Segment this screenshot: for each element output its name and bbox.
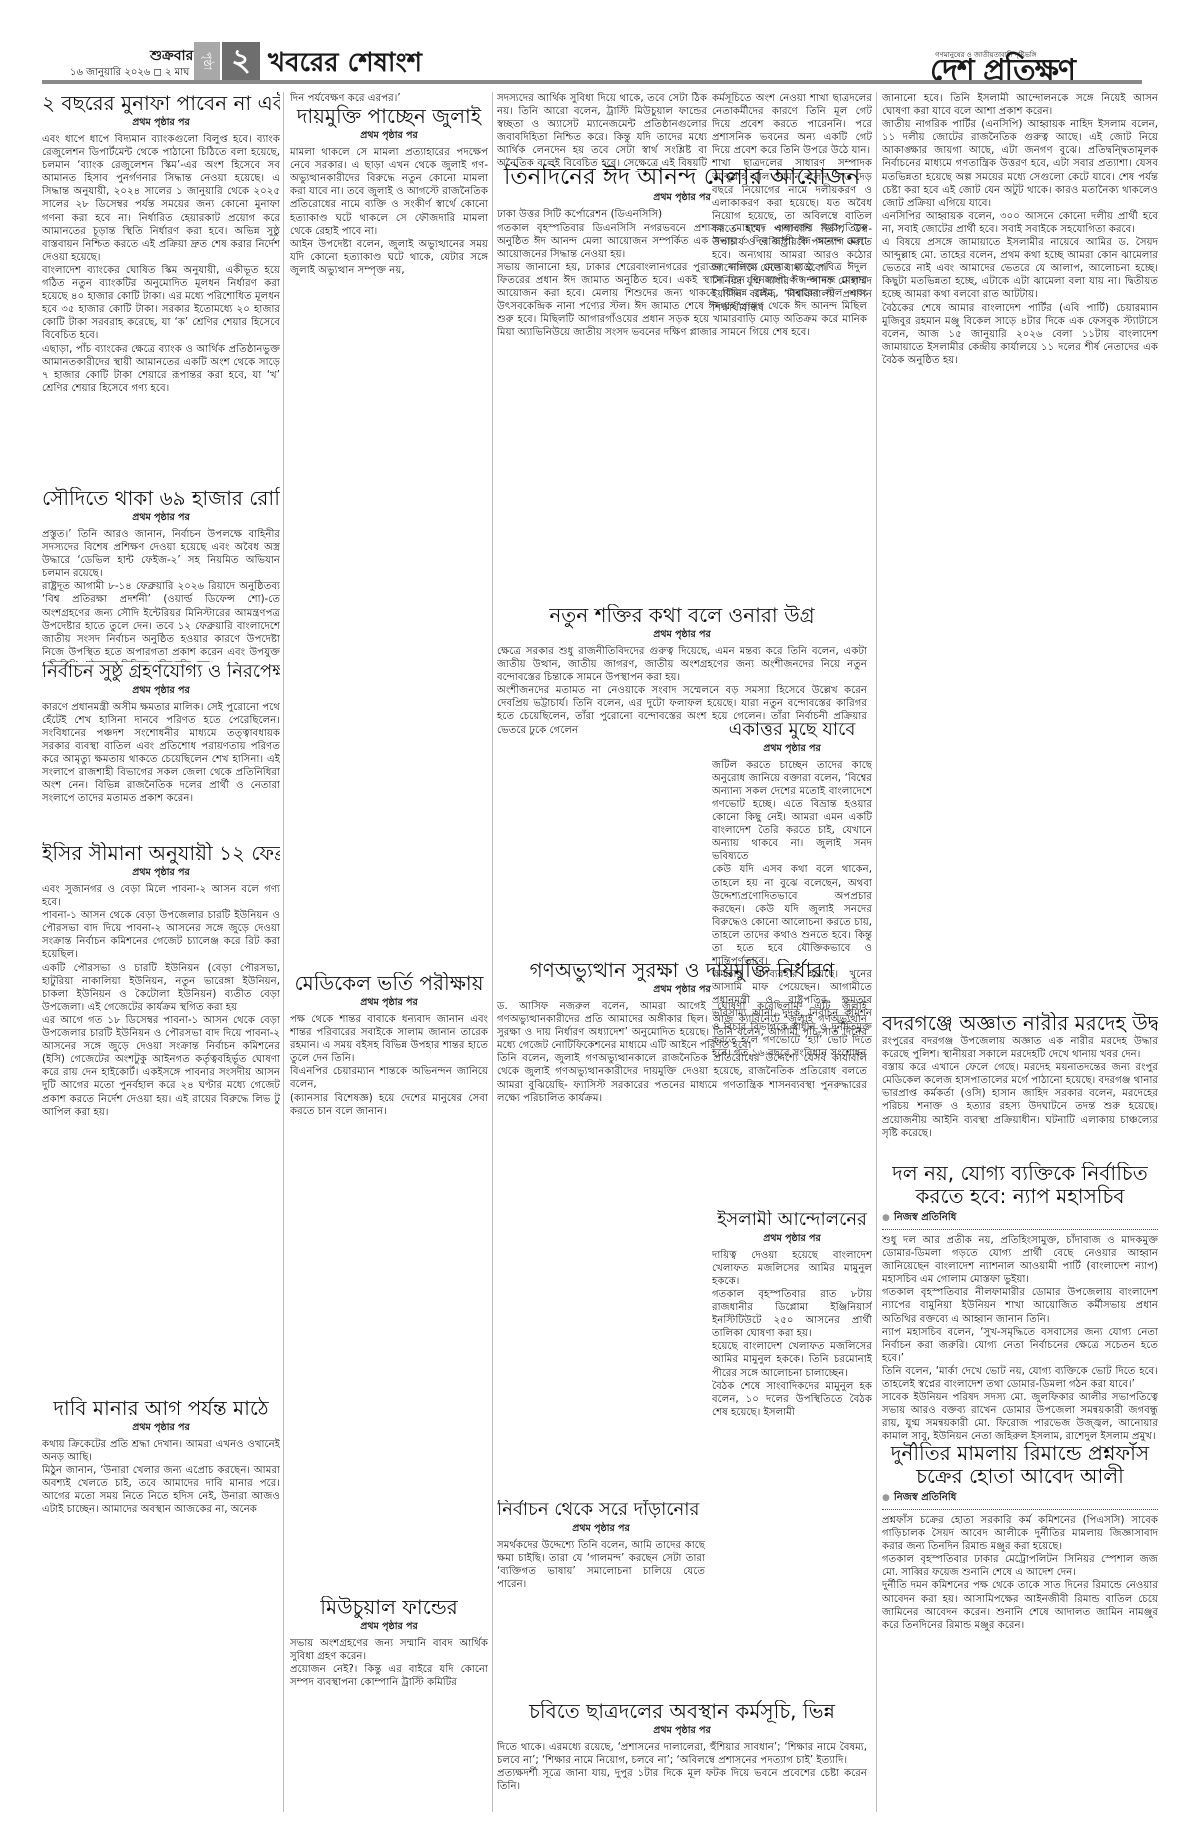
headline: নির্বাচন সুষ্ঠু গ্রহণযোগ্য ও নিরপেক্ষ হও… [42,662,280,683]
headline: মেডিকেল ভর্তি পরীক্ষায় [290,972,488,995]
paragraph: গতকাল বৃহস্পতিবার নীলফামারীর ডোমার উপজেল… [882,1286,1158,1325]
continued-label: প্রথম পৃষ্ঠার পর [712,742,872,757]
paragraph: রংপুরের বদরগঞ্জ উপজেলায় অজ্ঞাত এক নারীর… [882,1035,1158,1061]
paragraph: কেউ যদি এসব কথা বলে থাকেন, তাহলে হয় না … [712,863,872,968]
paragraph: রাষ্ট্রদূত আগামী ৮-১৪ ফেব্রুয়ারি ২০২৬ র… [42,580,280,662]
headline: নতুন শক্তির কথা বলে ওনারা উগ্র [497,604,867,627]
paragraph: একটি পৌরসভা ও চারটি ইউনিয়ন (বেড়া পৌরসভ… [42,962,280,1014]
continued-label: প্রথম পৃষ্ঠার পর [42,1421,280,1436]
headline: সৌদিতে থাকা ৬৯ হাজার রোহিঙ্গাকে [42,487,280,510]
paragraph: গতকাল বৃহস্পতিবার ঢাকার মেট্রোপলিটন সিনি… [882,1553,1158,1579]
headline: দাবি মানার আগ পর্যন্ত মাঠে [42,1397,280,1420]
article-alliance: জানানো হবে। তিনি ইসলামী আন্দোলনকে সঙ্গে … [882,92,1158,1012]
headline: মিউচুয়াল ফান্ডের [290,1596,488,1619]
headline: দল নয়, যোগ্য ব্যক্তিকে নির্বাচিত করতে হ… [882,1162,1158,1208]
paragraph: জটিল করতে চাচ্ছেন তাদের কাছে অনুরোধ জানি… [712,759,872,864]
paragraph: পক্ষ থেকে শান্তর বাবাকে ধন্যবাদ জানান এব… [290,1013,488,1065]
headline: দুর্নীতির মামলায় রিমান্ডে প্রশ্নফাঁস চক… [882,1442,1158,1488]
paragraph: প্রয়োজন নেই?। কিন্তু এর বাইরে যদি কোনো … [290,1663,488,1689]
page-label-tab: পৃষ্ঠা [194,42,220,80]
paragraph: জানানো হবে। তিনি ইসলামী আন্দোলনকে সঙ্গে … [882,92,1158,118]
article-nap: দল নয়, যোগ্য ব্যক্তিকে নির্বাচিত করতে হ… [882,1162,1158,1442]
column-divider [876,92,877,1812]
headline: নির্বাচন থেকে সরে দাঁড়ানোর কারণ [497,1500,705,1521]
column-divider [492,92,493,1812]
divider [882,1229,1158,1230]
paragraph: সমর্থকদের উদ্দেশ্যে তিনি বলেন, আমি তাদের… [497,1539,705,1591]
paragraph: কর্মসূচিতে অংশ নেওয়া শাখা ছাত্রদলের নেত… [712,92,872,157]
continued-label: প্রথম পৃষ্ঠার পর [42,511,280,526]
article-eid-fair-lead: সদস্যদের আর্থিক সুবিধা দিয়ে থাকে, তবে স… [497,92,707,172]
paragraph: প্রশ্নফাঁস চক্রের হোতা সরকারি কর্ম কমিশন… [882,1514,1158,1553]
paragraph: সিনিয়র যুগ্ম সাধারণ সম্পাদক মোহাম্মদ ইয… [712,275,872,314]
continued-label: প্রথম পৃষ্ঠার পর [497,1522,705,1537]
article-ec-boundary: ইসির সীমানা অনুযায়ী ১২ ফেব্রুয়ারিই প্র… [42,842,280,1397]
article-campus-protest: কর্মসূচিতে অংশ নেওয়া শাখা ছাত্রদলের নেত… [712,92,872,492]
paragraph: এছাড়া, পাঁচ ব্যাংকের ক্ষেত্রে ব্যাংক ও … [42,343,280,395]
continued-label: প্রথম পৃষ্ঠার পর [42,116,280,131]
continued-label: প্রথম পৃষ্ঠার পর [42,866,280,881]
masthead: শুক্রবার ১৬ জানুয়ারি ২০২৬ ◻ ২ মাঘ ১৪৩২ … [0,0,1200,80]
paragraph: শুধু দল আর প্রতীক নয়, প্রতিহিংসামুক্ত, … [882,1234,1158,1286]
headline: বদরগঞ্জে অজ্ঞাত নারীর মরদেহ উদ্ধার [882,1012,1158,1035]
headline: দায়মুক্তি পাচ্ছেন জুলাই [290,105,488,128]
paragraph: এ বিষয়ে প্রসঙ্গে জামায়াতে ইসলামীর নায়… [882,236,1158,301]
continued-label: প্রথম পৃষ্ঠার পর [42,684,280,699]
article-july-indemnity: দিন পর্যবেক্ষণ করে এরপর।’ দায়মুক্তি পাচ… [290,92,488,972]
page-number: ২ [222,42,260,80]
paragraph: ক্ষেত্রে সরকার শুধু রাজনীতিবিদদের গুরুত্… [497,645,867,684]
paragraph: আইন উপদেষ্টা বলেন, জুলাই অভ্যুত্থানের সম… [290,238,488,277]
paragraph: বাংলাদেশ ব্যাংকের ঘোষিত স্কিম অনুযায়ী, … [42,264,280,343]
article-demand-field: দাবি মানার আগ পর্যন্ত মাঠে প্রথম পৃষ্ঠার… [42,1397,280,1812]
paragraph: ন্যাপ মহাসচিব বলেন, ‘সুখ-সমৃদ্ধিতে বসবাস… [882,1326,1158,1365]
paragraph: দায়িত্ব দেওয়া হয়েছে বাংলাদেশ খেলাফত ম… [712,1249,872,1288]
paragraph: দুর্নীতি দমন কমিশনের পক্ষ থেকে তাকে সাত … [882,1579,1158,1631]
headline: ২ বছরের মুনাফা পাবেন না একীভূত ৫ [42,92,280,115]
paragraph: কথায় ক্রিকেটের প্রতি শ্রদ্ধা দেখান। আমর… [42,1438,280,1464]
paragraph: এনসিপির আহ্বায়ক বলেন, ৩০০ আসনে কোনো দলী… [882,210,1158,236]
paragraph: বৈঠক শেষে সাংবাদিকদের মামুনুল হক বলেন, ১… [712,1380,872,1419]
masthead-rule [42,80,1142,84]
article-bank-merger: ২ বছরের মুনাফা পাবেন না একীভূত ৫ প্রথম প… [42,92,280,487]
headline: একাত্তর মুছে যাবে [712,720,872,741]
paragraph: তিনি বলেন, ‘মার্কা দেখে ভোট নয়, যোগ্য ব… [882,1365,1158,1391]
article-medical-admission: মেডিকেল ভর্তি পরীক্ষায় প্রথম পৃষ্ঠার পর… [290,972,488,1572]
divider [882,1509,1158,1510]
article-badarganj: বদরগঞ্জে অজ্ঞাত নারীর মরদেহ উদ্ধার রংপুর… [882,1012,1158,1162]
article-election-fair: নির্বাচন সুষ্ঠু গ্রহণযোগ্য ও নিরপেক্ষ হও… [42,662,280,842]
paragraph: জাতীয় নাগরিক পার্টির (এনসিপি) আহ্বায়ক … [882,118,1158,210]
paragraph: এর আগে গত ১৮ ডিসেম্বর পাবনা-১ আসন থেকে ব… [42,1014,280,1119]
paragraph: বৈঠকের শেষে আমার বাংলাদেশ পার্টির (এবি প… [882,302,1158,367]
byline: নিজস্ব প্রতিনিধি [882,1490,1158,1507]
paragraph: ক্ষমতার অপব্যবহার হয়েছে। খুনের আসামি মা… [712,968,872,1060]
paragraph: কারণে প্রধানমন্ত্রী অসীম ক্ষমতার মালিক। … [42,701,280,806]
byline: নিজস্ব প্রতিনিধি [882,1210,1158,1227]
article-psc-leak: দুর্নীতির মামলায় রিমান্ডে প্রশ্নফাঁস চক… [882,1442,1158,1812]
paragraph: সাবেক ইউনিয়ন পরিষদ সদস্য মো. জুলফিকার আ… [882,1391,1158,1442]
headline: ইসির সীমানা অনুযায়ী ১২ ফেব্রুয়ারিই [42,842,280,865]
paragraph: মিঠুন জানান, ‘উনারা খেলার জন্য এপ্রোচ কর… [42,1464,280,1516]
continued-label: প্রথম পৃষ্ঠার পর [290,129,488,144]
article-mutual-fund: মিউচুয়াল ফান্ডের প্রথম পৃষ্ঠার পর সভায়… [290,1596,488,1812]
article-seventy-one: একাত্তর মুছে যাবে প্রথম পৃষ্ঠার পর জটিল … [712,720,872,1210]
headline: ইসলামী আন্দোলনের [712,1210,872,1231]
article-islami-andolon: ইসলামী আন্দোলনের প্রথম পৃষ্ঠার পর দায়িত… [712,1210,872,1812]
article-rohingya: সৌদিতে থাকা ৬৯ হাজার রোহিঙ্গাকে প্রথম পৃ… [42,487,280,662]
continued-label: প্রথম পৃষ্ঠার পর [290,996,488,1011]
continued-label: প্রথম পৃষ্ঠার পর [712,1232,872,1247]
paragraph: গতকাল বৃহস্পতিবার রাত ৮টায় রাজধানীর ডিপ… [712,1288,872,1340]
paragraph: বিএনপির চেয়ারম্যান শান্তকে অভিনন্দন জান… [290,1065,488,1091]
paragraph: হয়েছে বাংলাদেশ খেলাফত মজলিসের আমির মামু… [712,1340,872,1379]
paragraph: এবং সুজানগর ও বেড়া মিলে পাবনা-২ আসন বলে… [42,883,280,909]
article-stay-out-election: নির্বাচন থেকে সরে দাঁড়ানোর কারণ প্রথম প… [497,1500,705,1700]
paragraph: এবং ধাপে ধাপে বিদ্যমান ব্যাংকগুলো বিলুপ্… [42,133,280,264]
paragraph: মামলা থাকলে সে মামলা প্রত্যাহারের পদক্ষে… [290,146,488,238]
paragraph: বস্তায় করে এখানে ফেলে গেছে। মরদেহ ময়না… [882,1061,1158,1140]
paragraph: (ক্যানসার বিশেষজ্ঞ) হয়ে দেশের মানুষের স… [290,1092,488,1118]
column-divider [283,92,284,1812]
paragraph: পাবনা-১ আসন থেকে বেড়া উপজেলার চারটি ইউন… [42,909,280,961]
continued-label: প্রথম পৃষ্ঠার পর [497,628,867,643]
paragraph: সভায় অংশগ্রহণের জন্য সম্মানি বাবদ আর্থি… [290,1637,488,1663]
continued-label: প্রথম পৃষ্ঠার পর [290,1620,488,1635]
paragraph: শাখা ছাত্রদলের সাধারণ সম্পাদক আব্দুল্লাহ… [712,157,872,275]
paragraph: প্রস্তুত।’ তিনি আরও জানান, নির্বাচন উপলক… [42,528,280,580]
lead-in: সদস্যদের আর্থিক সুবিধা দিয়ে থাকে, তবে স… [497,92,707,172]
